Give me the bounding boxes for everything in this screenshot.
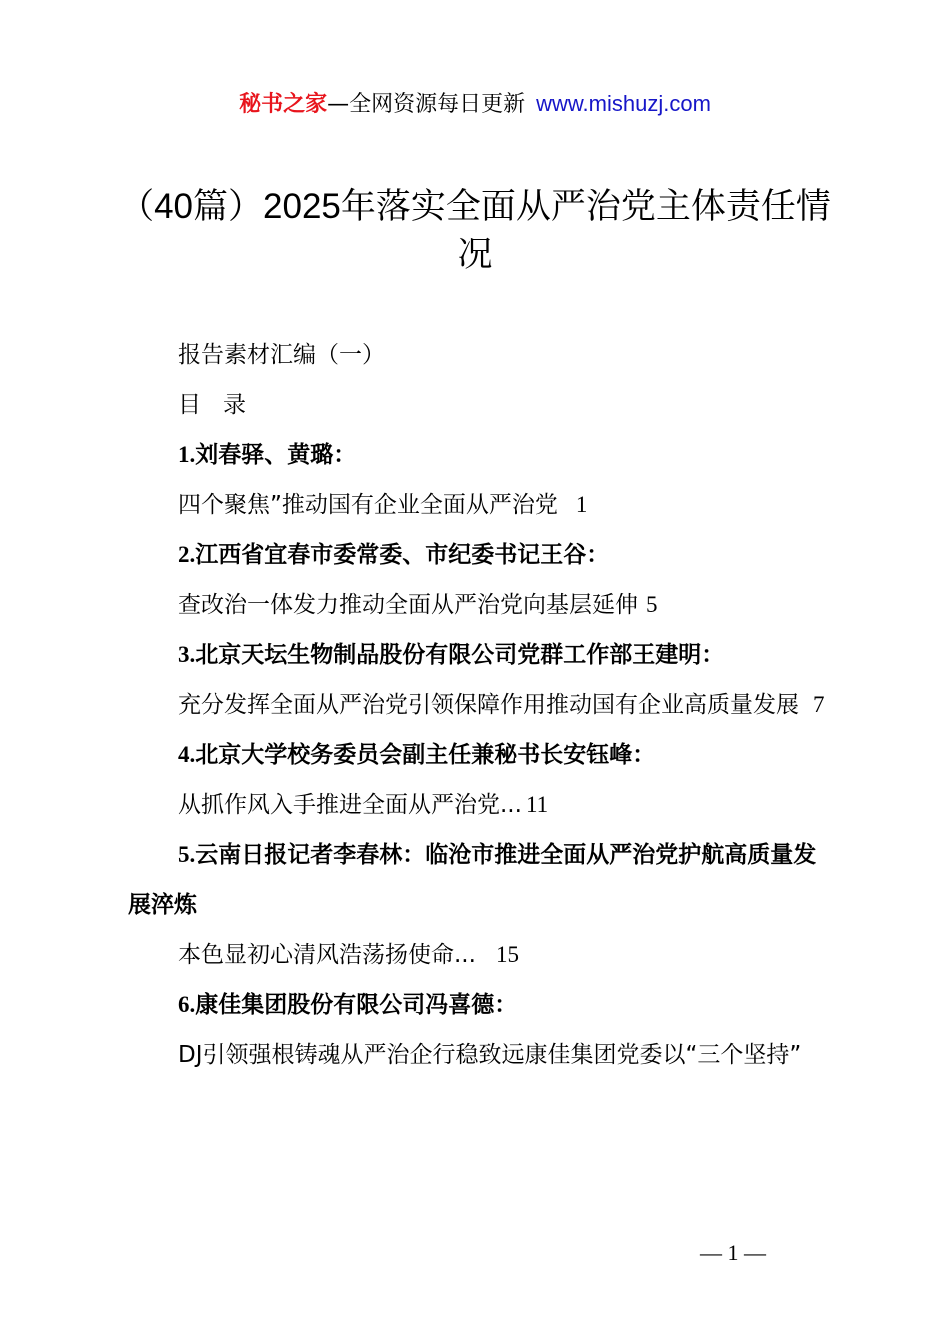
document-subtitle: 报告素材汇编（一） [128,330,833,380]
table-of-contents: 报告素材汇编（一） 目录 1.刘春驿、黄璐： 四个聚焦”推动国有企业全面从严治党… [128,330,833,1080]
page-ref: 15 [496,942,519,967]
toc-entry-heading: 3.北京天坛生物制品股份有限公司党群工作部王建明： [128,630,833,680]
banner-tagline: —全网资源每日更新 [327,92,525,117]
site-banner: 秘书之家—全网资源每日更新 www.mishuzj.com [0,88,950,121]
toc-entry-heading: 4.北京大学校务委员会副主任兼秘书长安钰峰： [128,730,833,780]
toc-entry-heading: 2.江西省宜春市委常委、市纪委书记王谷： [128,530,833,580]
toc-heading: 目录 [128,380,833,430]
page-ref: 11 [526,792,548,817]
toc-entry-item[interactable]: 从抓作风入手推进全面从严治党...11 [128,780,833,830]
page-ref: 7 [813,692,825,717]
toc-entry-item[interactable]: 查改治一体发力推动全面从严治党向基层延伸5 [128,580,833,630]
toc-entry-heading: 1.刘春驿、黄璐： [128,430,833,480]
brand-name: 秘书之家 [239,92,327,117]
document-title: （40篇）2025年落实全面从严治党主体责任情况 [110,183,840,279]
toc-entry-item[interactable]: 充分发挥全面从严治党引领保障作用推动国有企业高质量发展7 [128,680,833,730]
site-url-link[interactable]: www.mishuzj.com [536,91,711,116]
page-number: — 1 — [700,1240,790,1266]
toc-entry-item[interactable]: 四个聚焦”推动国有企业全面从严治党1 [128,480,833,530]
page-ref: 5 [646,592,658,617]
toc-entry-heading: 6.康佳集团股份有限公司冯喜德： [128,980,833,1030]
toc-entry-item[interactable]: DJ引领强根铸魂从严治企行稳致远康佳集团党委以“三个坚持” [128,1030,833,1080]
page-ref: 1 [576,492,588,517]
toc-entry-item[interactable]: 本色显初心清风浩荡扬使命...15 [128,930,833,980]
toc-entry-heading: 5.云南日报记者李春林：临沧市推进全面从严治党护航高质量发展淬炼 [128,830,833,930]
